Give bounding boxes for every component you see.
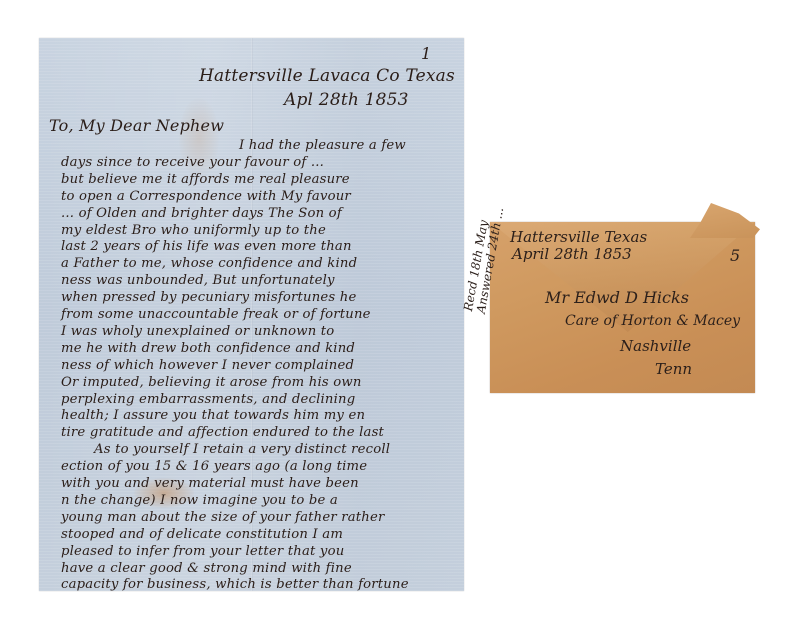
envelope-address-line: Nashville <box>620 337 691 355</box>
letter-line: my eldest Bro who uniformly up to the <box>61 223 326 238</box>
letter-line: from some unaccountable freak or of fort… <box>61 307 371 322</box>
letter-line: I had the pleasure a few <box>239 138 406 153</box>
letter-date: Apl 28th 1853 <box>284 90 409 110</box>
letter-line: with you and very material must have bee… <box>61 476 359 491</box>
letter-line: have a clear good & strong mind with fin… <box>61 561 352 576</box>
letter-line: a Father to me, whose confidence and kin… <box>61 256 357 271</box>
envelope-torn-flap <box>690 203 760 238</box>
letter-line: days since to receive your favour of ... <box>61 155 324 170</box>
letter-line: pleased to infer from your letter that y… <box>61 544 344 559</box>
letter-salutation: To, My Dear Nephew <box>49 116 224 135</box>
letter-line: capacity for business, which is better t… <box>61 577 409 592</box>
letter-line: health; I assure you that towards him my… <box>61 408 365 423</box>
envelope-address-line: Mr Edwd D Hicks <box>545 288 689 307</box>
handwritten-letter: 1 Hattersville Lavaca Co Texas Apl 28th … <box>39 38 464 591</box>
envelope-origin: Hattersville Texas <box>510 228 647 246</box>
envelope: Hattersville Texas April 28th 1853 5 Mr … <box>490 222 755 393</box>
letter-line: when pressed by pecuniary misfortunes he <box>61 290 357 305</box>
envelope-postage-rate: 5 <box>730 246 740 265</box>
letter-line: Or imputed, believing it arose from his … <box>61 375 362 390</box>
page-number: 1 <box>421 44 431 63</box>
letter-heading: Hattersville Lavaca Co Texas <box>199 66 455 86</box>
letter-line: but believe me it affords me real pleasu… <box>61 172 350 187</box>
letter-line: ness was unbounded, But unfortunately <box>61 273 335 288</box>
letter-line: ection of you 15 & 16 years ago (a long … <box>61 459 367 474</box>
letter-line: ... of Olden and brighter days The Son o… <box>61 206 342 221</box>
letter-line: tire gratitude and affection endured to … <box>61 425 384 440</box>
letter-line: last 2 years of his life was even more t… <box>61 239 352 254</box>
letter-line: As to yourself I retain a very distinct … <box>94 442 390 457</box>
letter-line: to open a Correspondence with My favour <box>61 189 351 204</box>
letter-line: me he with drew both confidence and kind <box>61 341 355 356</box>
letter-line: I was wholy unexplained or unknown to <box>61 324 334 339</box>
letter-line: ness of which however I never complained <box>61 358 354 373</box>
letter-line: stooped and of delicate constitution I a… <box>61 527 343 542</box>
letter-line: young man about the size of your father … <box>61 510 385 525</box>
letter-line: perplexing embarrassments, and declining <box>61 392 355 407</box>
envelope-docket-note: Recd 18th May Answered 24th ... <box>462 204 506 314</box>
envelope-origin-date: April 28th 1853 <box>512 245 632 263</box>
letter-line: n the change) I now imagine you to be a <box>61 493 338 508</box>
envelope-address-line: Care of Horton & Macey <box>565 313 740 329</box>
envelope-address-line: Tenn <box>655 360 692 378</box>
